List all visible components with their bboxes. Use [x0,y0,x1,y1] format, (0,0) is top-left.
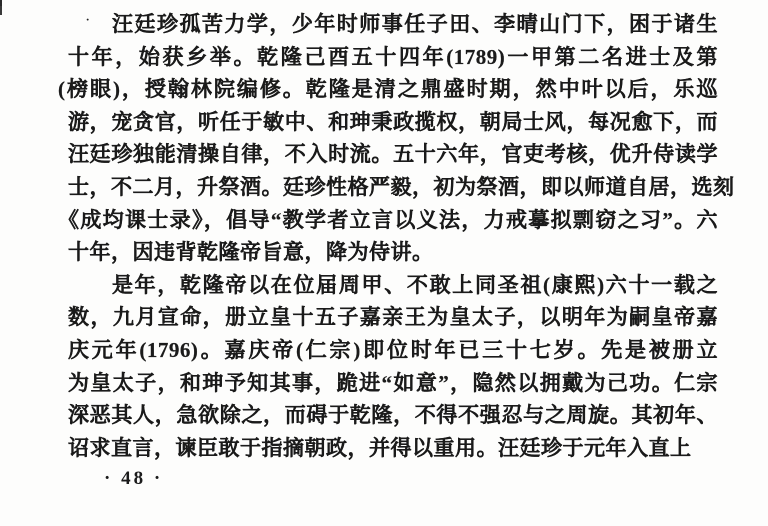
text-line-6: 士，不二月，升祭酒。廷珍性格严毅，初为祭酒，即以师道自居，选刻 [68,171,718,204]
scan-speck-left-margin: · [85,12,90,30]
text-line-2: 十年，始获乡举。乾隆己酉五十四年(1789)一甲第二名进士及第 [68,41,718,74]
text-line-10: 数，九月宣命，册立皇十五子嘉亲王为皇太子，以明年为嗣皇帝嘉 [68,301,718,334]
page-number: · 48 · [104,468,163,490]
text-line-14: 诏求直言，谏臣敢于指摘朝政，并得以重用。汪廷珍于元年入直上 [68,432,718,465]
text-line-4: 游，宠贪官，听任于敏中、和珅秉政揽权，朝局士风，每况愈下，而 [68,106,718,139]
scanned-book-page: 汪廷珍孤苦力学，少年时师事任子田、李晴山门下，困于诸生 十年，始获乡举。乾隆己酉… [0,0,768,526]
text-line-5: 汪廷珍独能清操自律，不入时流。五十六年，官吏考核，优升侍读学 [68,138,718,171]
text-line-13: 深恶其人，急欲除之，而碍于乾隆，不得不强忍与之周旋。其初年、 [68,399,718,432]
body-text: 汪廷珍孤苦力学，少年时师事任子田、李晴山门下，困于诸生 十年，始获乡举。乾隆己酉… [68,8,718,464]
text-line-1: 汪廷珍孤苦力学，少年时师事任子田、李晴山门下，困于诸生 [68,8,718,41]
text-line-3: (榜眼)，授翰林院编修。乾隆是清之鼎盛时期，然中叶以后，乐巡 [58,73,718,106]
text-line-11: 庆元年(1796)。嘉庆帝(仁宗)即位时年已三十七岁。先是被册立 [68,334,718,367]
text-line-12: 为皇太子，和珅予知其事，跪进“如意”，隐然以拥戴为己功。仁宗 [68,367,718,400]
text-line-9: 是年，乾隆帝以在位届周甲、不敢上同圣祖(康熙)六十一载之 [68,269,718,302]
scan-speck-right-margin: . [712,20,716,37]
text-line-7: 《成均课士录》，倡导“教学者立言以义法，力戒摹拟剽窃之习”。六 [58,204,718,237]
text-line-8: 十年，因违背乾隆帝旨意，降为侍讲。 [68,236,718,269]
scan-speck-inline [0,6,2,15]
